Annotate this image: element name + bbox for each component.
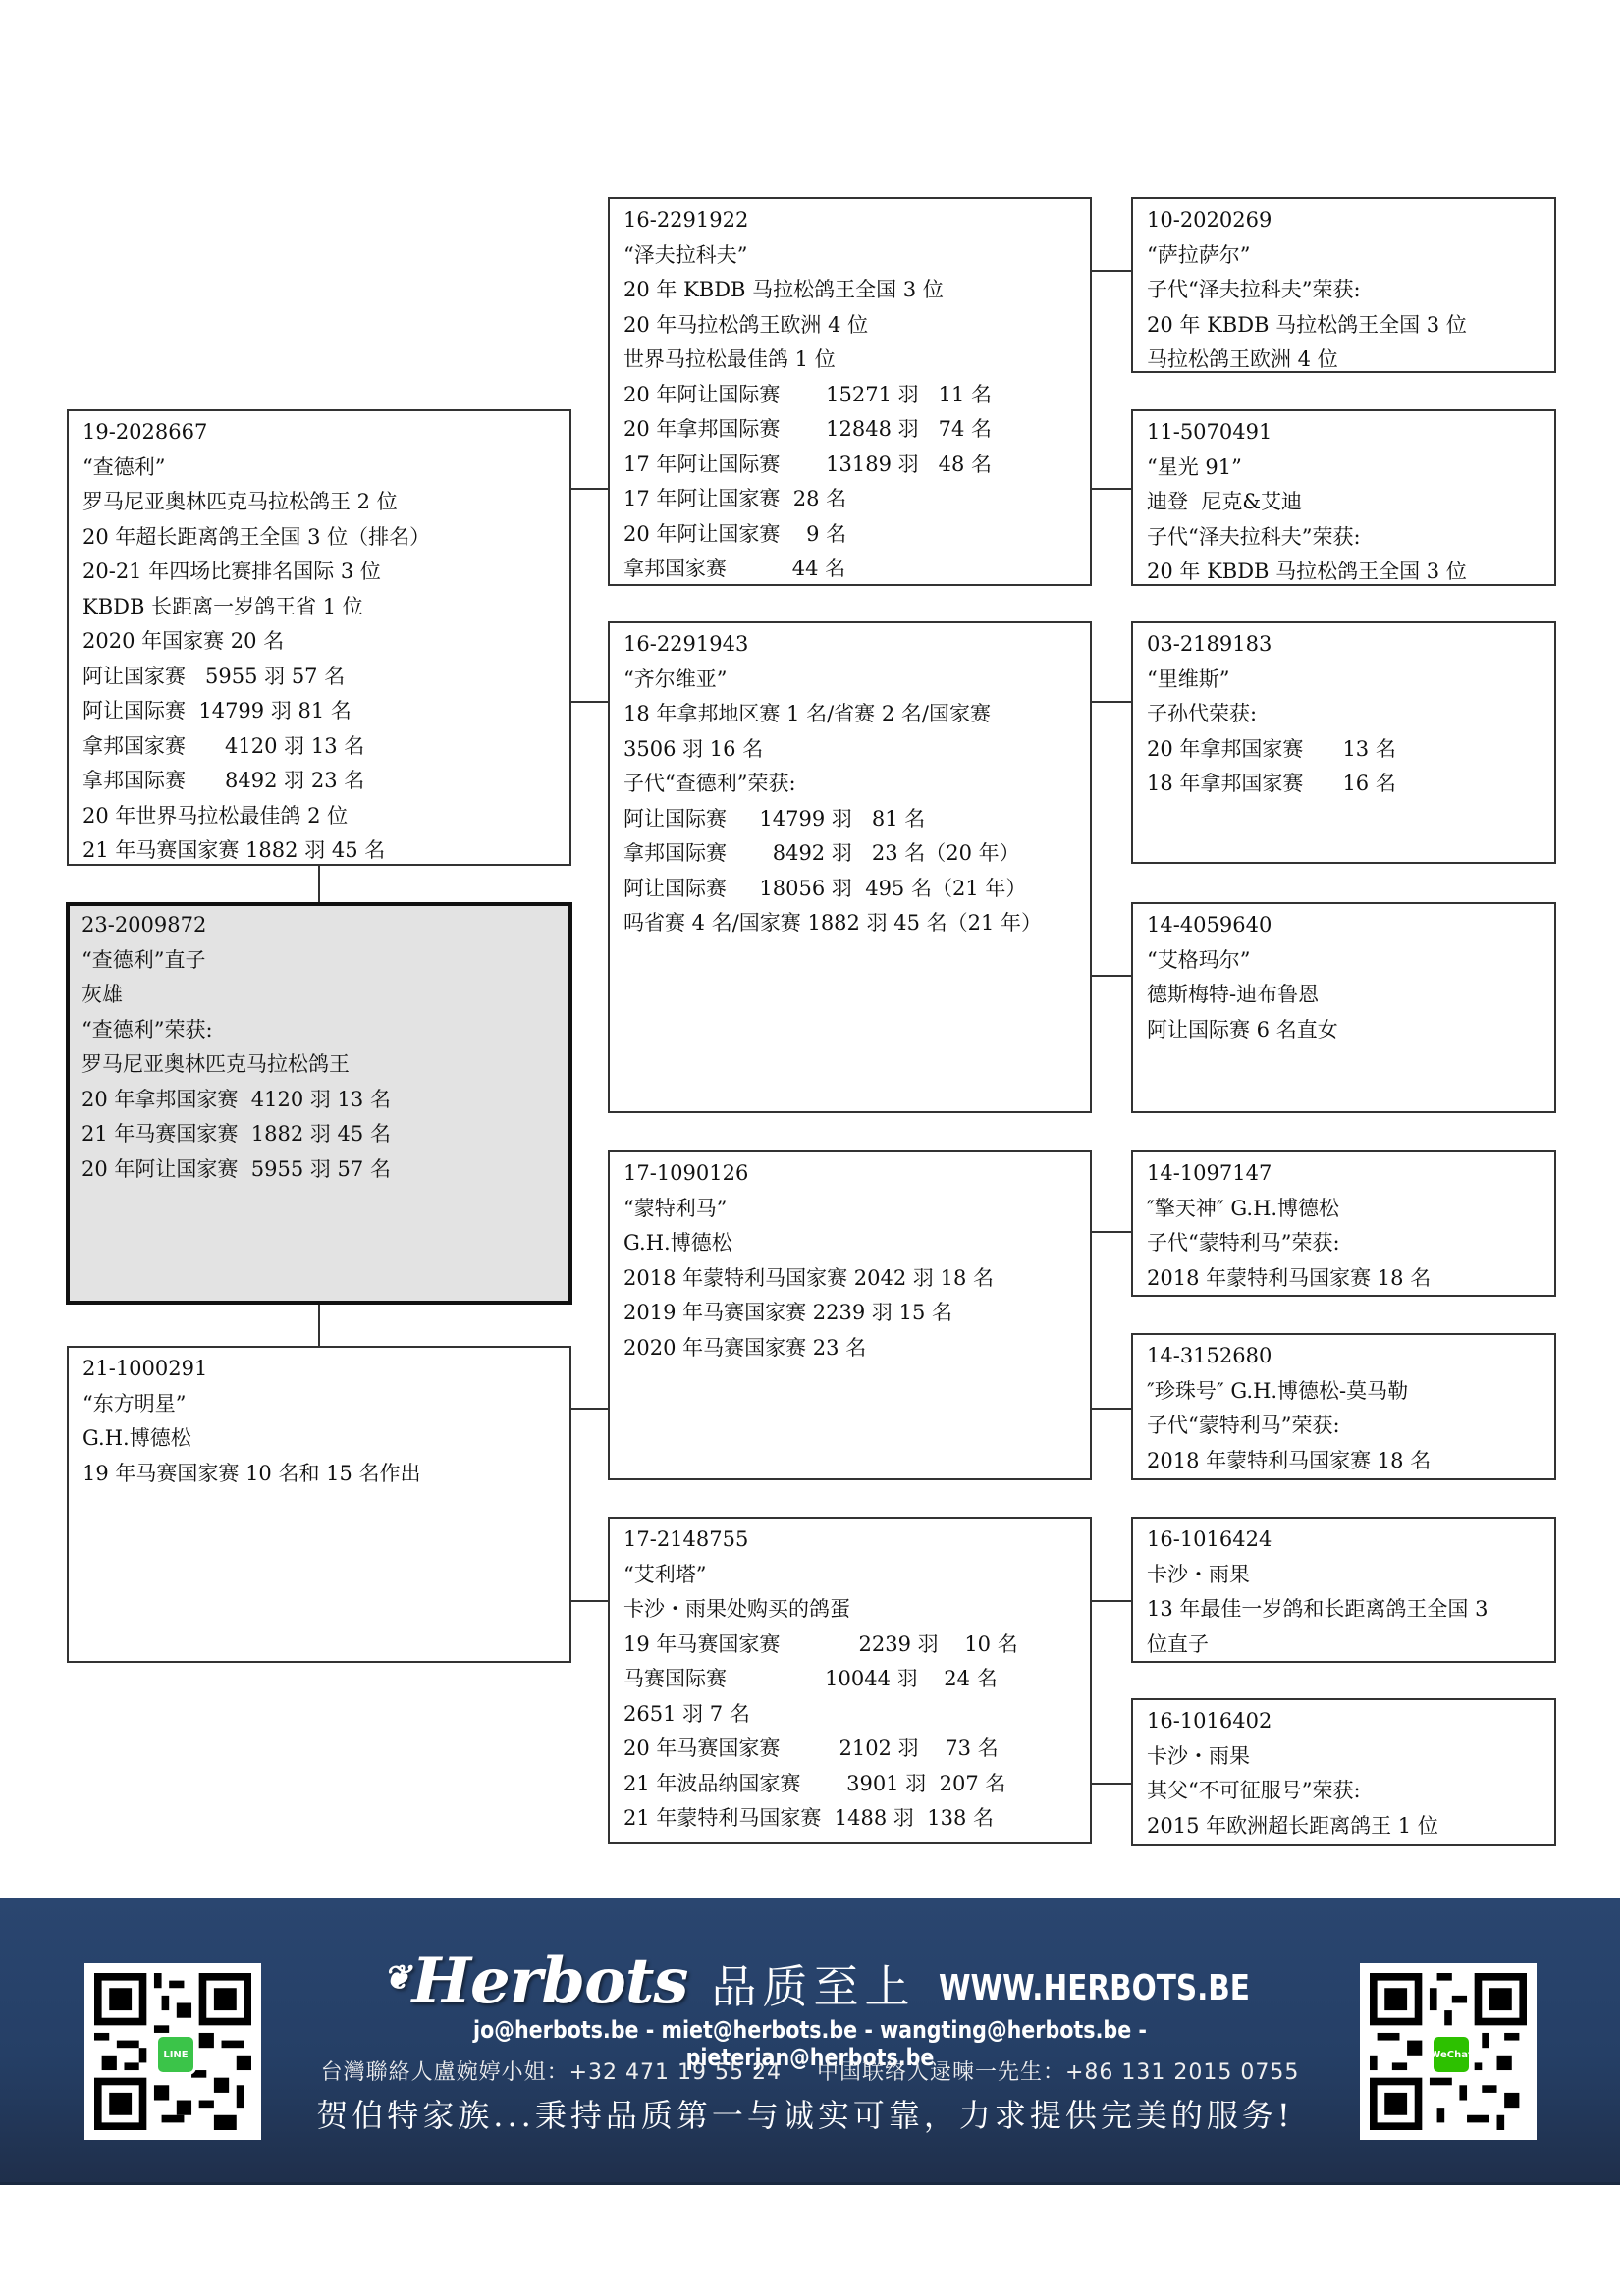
achievement-line: 2018 年蒙特利马国家赛 18 名: [1147, 1444, 1541, 1479]
ring-number: 14-4059640: [1147, 908, 1541, 943]
sire-card: 19-2028667“查德利”罗马尼亚奥林匹克马拉松鸽王 2 位20 年超长距离…: [67, 409, 571, 866]
subject-card: 23-2009872“查德利”直子灰雄“查德利”荣获:罗马尼亚奥林匹克马拉松鸽王…: [66, 902, 572, 1305]
ring-number: 17-1090126: [623, 1156, 1076, 1192]
achievement-line: 拿邦国际赛 8492 羽 23 名（20 年）: [623, 836, 1076, 872]
achievement-line: 阿让国际赛 18056 羽 495 名（21 年）: [623, 872, 1076, 907]
ring-number: 21-1000291: [82, 1352, 556, 1387]
achievement-line: 20 年 KBDB 马拉松鸽王全国 3 位: [1147, 308, 1541, 344]
connector-gg-1: [1092, 270, 1131, 272]
achievement-line: 子代“泽夫拉科夫”荣获:: [1147, 520, 1541, 556]
connector-gg-7: [1092, 1600, 1131, 1602]
achievement-line: 拿邦国际赛 8492 羽 23 名: [82, 764, 556, 799]
achievement-line: 子代“查德利”荣获:: [623, 767, 1076, 802]
dam-sire-card: 17-1090126“蒙特利马”G.H.博德松2018 年蒙特利马国家赛 204…: [608, 1150, 1092, 1480]
achievement-line: 20 年马拉松鸽王欧洲 4 位: [623, 308, 1076, 344]
achievement-line: 罗马尼亚奥林匹克马拉松鸽王 2 位: [82, 485, 556, 520]
achievement-line: 2018 年蒙特利马国家赛 18 名: [1147, 1261, 1541, 1297]
achievement-line: G.H.博德松: [623, 1226, 1076, 1261]
pigeon-name: “查德利”直子: [81, 943, 557, 979]
achievement-line: 子代“蒙特利马”荣获:: [1147, 1226, 1541, 1261]
achievement-line: 罗马尼亚奥林匹克马拉松鸽王: [81, 1047, 557, 1083]
ring-number: 16-2291943: [623, 627, 1076, 663]
connector-gg-3: [1092, 701, 1131, 703]
dam-dam-card: 17-2148755“艾利塔”卡沙・雨果处购买的鸽蛋19 年马赛国家赛 2239…: [608, 1517, 1092, 1844]
achievement-line: 阿让国际赛 14799 羽 81 名: [623, 802, 1076, 837]
achievement-line: 阿让国际赛 6 名直女: [1147, 1013, 1541, 1048]
great-grandparent-card-4: 14-4059640“艾格玛尔”德斯梅特-迪布鲁恩阿让国际赛 6 名直女: [1131, 902, 1556, 1113]
achievement-line: 迪登 尼克&艾迪: [1147, 485, 1541, 520]
ring-number: 23-2009872: [81, 908, 557, 943]
sire-sire-card: 16-2291922“泽夫拉科夫”20 年 KBDB 马拉松鸽王全国 3 位20…: [608, 197, 1092, 586]
achievement-line: 德斯梅特-迪布鲁恩: [1147, 978, 1541, 1013]
pigeon-name: “蒙特利马”: [623, 1192, 1076, 1227]
achievement-line: 卡沙・雨果处购买的鸽蛋: [623, 1592, 1076, 1628]
achievement-line: 子代“蒙特利马”荣获:: [1147, 1409, 1541, 1444]
website-link[interactable]: WWW.HERBOTS.BE: [939, 1961, 1250, 2016]
pigeon-name: 卡沙・雨果: [1147, 1558, 1541, 1593]
achievement-line: 20 年马赛国家赛 2102 羽 73 名: [623, 1732, 1076, 1767]
connector-gg-2: [1092, 488, 1131, 490]
achievement-line: 19 年马赛国家赛 2239 羽 10 名: [623, 1628, 1076, 1663]
pigeon-name: “查德利”: [82, 451, 556, 486]
pigeon-name: 卡沙・雨果: [1147, 1739, 1541, 1775]
slogan: 品质至上: [711, 1957, 915, 2016]
contact-taiwan: 台灣聯絡人盧婉婷小姐：+32 471 19 55 24: [321, 2060, 782, 2085]
achievement-line: 其父“不可征服号”荣获:: [1147, 1774, 1541, 1809]
ring-number: 14-1097147: [1147, 1156, 1541, 1192]
ring-number: 10-2020269: [1147, 203, 1541, 239]
achievement-line: 世界马拉松最佳鸽 1 位: [623, 343, 1076, 378]
achievement-line: “查德利”荣获:: [81, 1013, 557, 1048]
pigeon-name: “里维斯”: [1147, 663, 1541, 698]
achievement-line: 2651 羽 7 名: [623, 1697, 1076, 1733]
achievement-line: KBDB 长距离一岁鸽王省 1 位: [82, 590, 556, 625]
achievement-line: 子代“泽夫拉科夫”荣获:: [1147, 273, 1541, 308]
achievement-line: 20 年世界马拉松最佳鸽 2 位: [82, 799, 556, 834]
achievement-line: G.H.博德松: [82, 1421, 556, 1457]
ring-number: 16-1016424: [1147, 1522, 1541, 1558]
great-grandparent-card-3: 03-2189183“里维斯”子孙代荣获:20 年拿邦国家赛 13 名18 年拿…: [1131, 621, 1556, 864]
achievement-line: 20 年阿让国家赛 9 名: [623, 517, 1076, 553]
achievement-line: 20 年拿邦国家赛 4120 羽 13 名: [81, 1083, 557, 1118]
connector-sire-subject: [318, 866, 320, 902]
achievement-line: 2020 年马赛国家赛 23 名: [623, 1331, 1076, 1366]
achievement-line: 20 年 KBDB 马拉松鸽王全国 3 位: [1147, 555, 1541, 590]
herbots-logo: ❦Herbots: [383, 1944, 687, 2016]
pigeon-name: “泽夫拉科夫”: [623, 239, 1076, 274]
achievement-line: 20 年超长距离鸽王全国 3 位（排名）: [82, 520, 556, 556]
achievement-line: 2019 年马赛国家赛 2239 羽 15 名: [623, 1296, 1076, 1331]
connector-gg-5: [1092, 1231, 1131, 1233]
ring-number: 03-2189183: [1147, 627, 1541, 663]
achievement-line: 3506 羽 16 名: [623, 732, 1076, 768]
achievement-line: 吗省赛 4 名/国家赛 1882 羽 45 名（21 年）: [623, 906, 1076, 941]
connector-sire-to-sire-sire: [571, 488, 608, 490]
great-grandparent-card-2: 11-5070491“星光 91”迪登 尼克&艾迪子代“泽夫拉科夫”荣获:20 …: [1131, 409, 1556, 586]
achievement-line: 17 年阿让国际赛 13189 羽 48 名: [623, 448, 1076, 483]
ring-number: 16-1016402: [1147, 1704, 1541, 1739]
achievement-line: 20 年阿让国际赛 15271 羽 11 名: [623, 378, 1076, 413]
achievement-line: 18 年拿邦国家赛 16 名: [1147, 767, 1541, 802]
achievement-line: 马赛国际赛 10044 羽 24 名: [623, 1662, 1076, 1697]
ring-number: 19-2028667: [82, 415, 556, 451]
feather-icon: ❦: [383, 1958, 410, 1998]
achievement-line: 2020 年国家赛 20 名: [82, 624, 556, 660]
achievement-line: 20 年 KBDB 马拉松鸽王全国 3 位: [623, 273, 1076, 308]
achievement-line: 阿让国家赛 5955 羽 57 名: [82, 660, 556, 695]
achievement-line: 位直子: [1147, 1628, 1541, 1663]
pigeon-name: “星光 91”: [1147, 451, 1541, 486]
wechat-app-icon: WeChat: [1431, 2034, 1472, 2075]
footer-banner: LINE ❦Herbots 品质至上 WWW.HERBOTS.BE jo@her…: [0, 1898, 1620, 2185]
achievement-line: 马拉松鸽王欧洲 4 位: [1147, 343, 1541, 378]
pigeon-name: ″珍珠号″ G.H.博德松-莫马勒: [1147, 1374, 1541, 1410]
tagline: 贺伯特家族...秉持品质第一与诚实可靠，力求提供完美的服务!: [285, 2091, 1326, 2136]
pigeon-name: “东方明星”: [82, 1387, 556, 1422]
pigeon-name: ″擎天神″ G.H.博德松: [1147, 1192, 1541, 1227]
pigeon-name: “萨拉萨尔”: [1147, 239, 1541, 274]
achievement-line: 拿邦国家赛 44 名: [623, 552, 1076, 587]
connector-gg-4: [1092, 975, 1131, 977]
achievement-line: 20 年阿让国家赛 5955 羽 57 名: [81, 1152, 557, 1188]
achievement-line: 子孙代荣获:: [1147, 697, 1541, 732]
connector-dam-to-dam-dam: [571, 1600, 608, 1602]
great-grandparent-card-6: 14-3152680″珍珠号″ G.H.博德松-莫马勒子代“蒙特利马”荣获:20…: [1131, 1333, 1556, 1480]
achievement-line: 2015 年欧洲超长距离鸽王 1 位: [1147, 1809, 1541, 1844]
achievement-line: 17 年阿让国家赛 28 名: [623, 482, 1076, 517]
achievement-line: 18 年拿邦地区赛 1 名/省赛 2 名/国家赛: [623, 697, 1076, 732]
line-app-icon: LINE: [155, 2034, 196, 2075]
ring-number: 16-2291922: [623, 203, 1076, 239]
connector-dam-to-dam-sire: [571, 1408, 608, 1410]
connector-subject-dam: [318, 1305, 320, 1346]
line-qr-code[interactable]: LINE: [84, 1963, 261, 2140]
achievement-line: 20 年拿邦国际赛 12848 羽 74 名: [623, 412, 1076, 448]
dam-card: 21-1000291“东方明星”G.H.博德松19 年马赛国家赛 10 名和 1…: [67, 1346, 571, 1663]
great-grandparent-card-7: 16-1016424卡沙・雨果13 年最佳一岁鸽和长距离鸽王全国 3位直子: [1131, 1517, 1556, 1663]
achievement-line: 21 年马赛国家赛 1882 羽 45 名: [82, 833, 556, 869]
achievement-line: 19 年马赛国家赛 10 名和 15 名作出: [82, 1457, 556, 1492]
achievement-line: 20-21 年四场比赛排名国际 3 位: [82, 555, 556, 590]
wechat-qr-code[interactable]: WeChat: [1360, 1963, 1537, 2140]
connector-gg-6: [1092, 1408, 1131, 1410]
contact-phones: 台灣聯絡人盧婉婷小姐：+32 471 19 55 24中国联络人逯暕一先生：+8…: [295, 2056, 1326, 2086]
pigeon-name: “艾格玛尔”: [1147, 943, 1541, 979]
pigeon-name: “齐尔维亚”: [623, 663, 1076, 698]
great-grandparent-card-5: 14-1097147″擎天神″ G.H.博德松子代“蒙特利马”荣获:2018 年…: [1131, 1150, 1556, 1297]
great-grandparent-card-8: 16-1016402卡沙・雨果其父“不可征服号”荣获:2015 年欧洲超长距离鸽…: [1131, 1698, 1556, 1846]
logo-text: Herbots: [412, 1945, 688, 2018]
achievement-line: 13 年最佳一岁鸽和长距离鸽王全国 3: [1147, 1592, 1541, 1628]
brand-row: ❦Herbots 品质至上 WWW.HERBOTS.BE: [383, 1942, 1319, 2016]
achievement-line: 阿让国际赛 14799 羽 81 名: [82, 694, 556, 729]
achievement-line: 20 年拿邦国家赛 13 名: [1147, 732, 1541, 768]
achievement-line: 21 年马赛国家赛 1882 羽 45 名: [81, 1117, 557, 1152]
ring-number: 17-2148755: [623, 1522, 1076, 1558]
ring-number: 14-3152680: [1147, 1339, 1541, 1374]
connector-sire-to-sire-dam: [571, 701, 608, 703]
achievement-line: 21 年波品纳国家赛 3901 羽 207 名: [623, 1767, 1076, 1802]
contact-china: 中国联络人逯暕一先生：+86 131 2015 0755: [817, 2060, 1299, 2085]
achievement-line: 灰雄: [81, 978, 557, 1013]
great-grandparent-card-1: 10-2020269“萨拉萨尔”子代“泽夫拉科夫”荣获:20 年 KBDB 马拉…: [1131, 197, 1556, 373]
sire-dam-card: 16-2291943“齐尔维亚”18 年拿邦地区赛 1 名/省赛 2 名/国家赛…: [608, 621, 1092, 1113]
connector-gg-8: [1092, 1783, 1131, 1785]
achievement-line: 拿邦国家赛 4120 羽 13 名: [82, 729, 556, 765]
ring-number: 11-5070491: [1147, 415, 1541, 451]
pigeon-name: “艾利塔”: [623, 1558, 1076, 1593]
achievement-line: 21 年蒙特利马国家赛 1488 羽 138 名: [623, 1801, 1076, 1837]
achievement-line: 2018 年蒙特利马国家赛 2042 羽 18 名: [623, 1261, 1076, 1297]
